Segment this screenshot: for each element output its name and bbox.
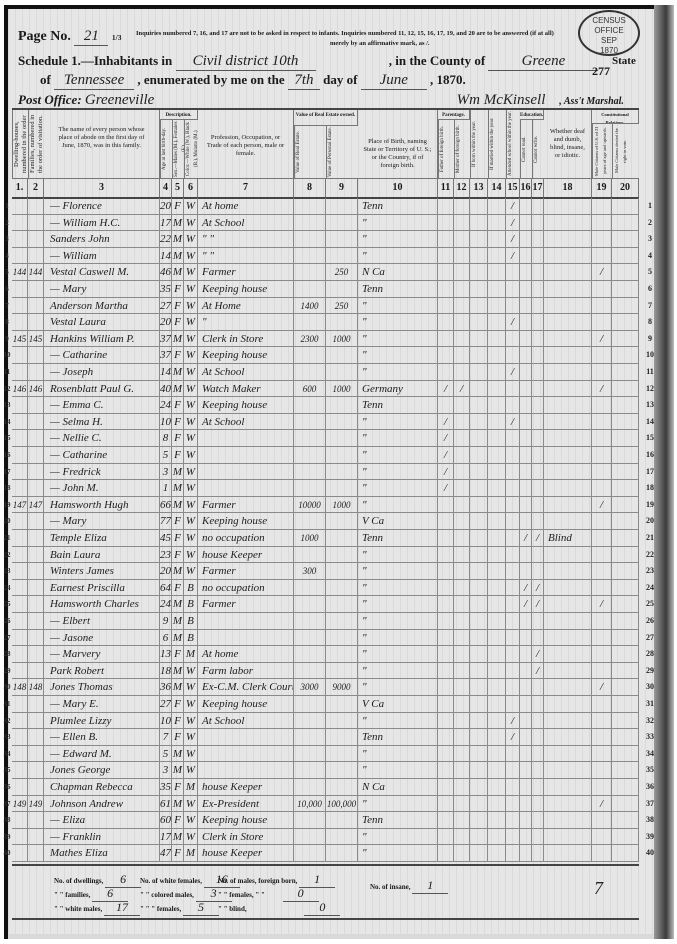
cell-c20	[612, 713, 639, 729]
cell-c12	[454, 215, 470, 231]
cell-c12	[454, 530, 470, 546]
table-row: 19147147Hamsworth Hugh66MWFarmer10000100…	[12, 497, 639, 514]
cell-birth: "	[358, 215, 438, 231]
cell-real: 300	[294, 563, 326, 579]
cell-c19: /	[592, 497, 612, 513]
cell-real	[294, 464, 326, 480]
line-number-left: 13	[2, 397, 12, 413]
cell-dw: 146	[12, 381, 28, 397]
cell-c16	[520, 364, 532, 380]
cell-color: W	[184, 331, 198, 347]
cell-c17	[532, 464, 544, 480]
cell-name: — William H.C.	[44, 215, 160, 231]
cell-c11: /	[438, 414, 454, 430]
cell-real: 600	[294, 381, 326, 397]
cell-c19	[592, 713, 612, 729]
cell-age: 77	[160, 513, 172, 529]
cell-occ: At School	[198, 414, 294, 430]
line-number-right: 9	[642, 331, 658, 347]
cell-c15	[506, 331, 520, 347]
cell-c11	[438, 779, 454, 795]
cell-c13	[470, 497, 488, 513]
col-header-6: Color.—White (W.), Black (B.), Mulatto (…	[184, 120, 198, 178]
cell-birth: "	[358, 580, 438, 596]
county-label: , in the County of	[389, 53, 485, 68]
cell-c13	[470, 580, 488, 596]
cell-occ: Keeping house	[198, 696, 294, 712]
cell-fam	[28, 630, 44, 646]
cell-real	[294, 580, 326, 596]
cell-c16	[520, 779, 532, 795]
cell-c15	[506, 264, 520, 280]
cell-name: Johnson Andrew	[44, 796, 160, 812]
cell-dw	[12, 364, 28, 380]
page-label: Page No.	[18, 29, 71, 44]
cell-c13	[470, 331, 488, 347]
table-row: 23Winters James20MWFarmer300"23	[12, 563, 639, 580]
cell-real	[294, 746, 326, 762]
cell-c19	[592, 646, 612, 662]
line-number-left: 5	[2, 264, 12, 280]
cell-age: 1	[160, 480, 172, 496]
cell-c13	[470, 381, 488, 397]
cell-c12	[454, 414, 470, 430]
cell-sex: M	[172, 264, 184, 280]
cell-color: W	[184, 381, 198, 397]
cell-pers	[326, 530, 358, 546]
cell-dw	[12, 480, 28, 496]
cell-c19: /	[592, 796, 612, 812]
cell-c12	[454, 497, 470, 513]
line-number-left: 14	[2, 414, 12, 430]
cell-color: W	[184, 729, 198, 745]
cell-sex: M	[172, 231, 184, 247]
cell-real	[294, 480, 326, 496]
line-number-right: 10	[642, 347, 658, 363]
cell-name: Hamsworth Charles	[44, 596, 160, 612]
cell-c12	[454, 314, 470, 330]
cell-c20	[612, 497, 639, 513]
cell-c16	[520, 729, 532, 745]
line-number-right: 38	[642, 812, 658, 828]
cell-c15	[506, 447, 520, 463]
table-row: 28— Marvery13FMAt home"/28	[12, 646, 639, 663]
cell-age: 37	[160, 331, 172, 347]
cell-pers	[326, 580, 358, 596]
cell-c13	[470, 630, 488, 646]
cell-c14	[488, 513, 506, 529]
cell-c19	[592, 198, 612, 214]
cell-color: W	[184, 364, 198, 380]
cell-pers: 1000	[326, 497, 358, 513]
cell-c19	[592, 397, 612, 413]
cell-birth: "	[358, 829, 438, 845]
cell-color: M	[184, 845, 198, 861]
marshal-label: , Ass't Marshal.	[559, 96, 624, 107]
cell-c15: /	[506, 314, 520, 330]
line-number-right: 34	[642, 746, 658, 762]
cell-birth: "	[358, 314, 438, 330]
cell-name: — William	[44, 248, 160, 264]
cell-c17	[532, 513, 544, 529]
cell-c19	[592, 298, 612, 314]
cell-occ: At School	[198, 215, 294, 231]
cell-c17	[532, 314, 544, 330]
table-row: 38— Eliza60FWKeeping houseTenn38	[12, 812, 639, 829]
line-number-right: 15	[642, 430, 658, 446]
cell-name: — Catharine	[44, 347, 160, 363]
line-number-left: 36	[2, 779, 12, 795]
cell-c11	[438, 248, 454, 264]
group-header-education: Education.	[520, 110, 544, 120]
cell-c14	[488, 480, 506, 496]
cell-color: W	[184, 480, 198, 496]
line-number-right: 1	[642, 198, 658, 214]
cell-c19	[592, 580, 612, 596]
cell-pers	[326, 613, 358, 629]
table-row: 13— Emma C.24FWKeeping houseTenn13	[12, 397, 639, 414]
column-number-row: 1. 2 3 4 5 6 7 8 9 10 11 12 13 14 15 16 …	[12, 178, 639, 199]
line-number-left: 23	[2, 563, 12, 579]
cell-c11	[438, 331, 454, 347]
cell-c14	[488, 563, 506, 579]
cell-c16: /	[520, 580, 532, 596]
cell-fam	[28, 314, 44, 330]
cell-c15	[506, 497, 520, 513]
cell-real	[294, 414, 326, 430]
cell-c13	[470, 248, 488, 264]
cell-fam	[28, 762, 44, 778]
cell-birth: Tenn	[358, 281, 438, 297]
cell-color: W	[184, 447, 198, 463]
cell-age: 27	[160, 696, 172, 712]
cell-c11	[438, 679, 454, 695]
cell-c17	[532, 231, 544, 247]
cell-c16	[520, 414, 532, 430]
cell-c18	[544, 248, 592, 264]
cell-name: Mathes Eliza	[44, 845, 160, 861]
cell-age: 3	[160, 464, 172, 480]
col-header-4: Age at last birth-day.	[160, 120, 172, 178]
cell-c15: /	[506, 729, 520, 745]
page-number: 21	[74, 28, 108, 46]
cell-birth: "	[358, 430, 438, 446]
line-number-left: 34	[2, 746, 12, 762]
cell-c18	[544, 646, 592, 662]
line-number-right: 7	[642, 298, 658, 314]
cell-c20	[612, 347, 639, 363]
schedule-line: Schedule 1.—Inhabitants in Civil distric…	[18, 53, 598, 71]
cell-c20	[612, 563, 639, 579]
cell-c11	[438, 580, 454, 596]
line-number-left: 15	[2, 430, 12, 446]
cell-c12	[454, 281, 470, 297]
cell-c16	[520, 347, 532, 363]
cell-occ	[198, 613, 294, 629]
cell-real	[294, 215, 326, 231]
cell-pers	[326, 414, 358, 430]
cell-pers	[326, 845, 358, 861]
cell-c11	[438, 630, 454, 646]
cell-c17	[532, 547, 544, 563]
cell-c16	[520, 829, 532, 845]
table-row: 31— Mary E.27FWKeeping houseV Ca31	[12, 696, 639, 713]
cell-name: — Florence	[44, 198, 160, 214]
cell-c13	[470, 713, 488, 729]
cell-c16	[520, 646, 532, 662]
cell-dw	[12, 812, 28, 828]
cell-sex: F	[172, 513, 184, 529]
cell-c11	[438, 264, 454, 280]
line-number-left: 16	[2, 447, 12, 463]
cell-sex: M	[172, 613, 184, 629]
post-office-label: Post Office:	[18, 92, 82, 107]
cell-c20	[612, 447, 639, 463]
cell-real	[294, 347, 326, 363]
cell-occ: Keeping house	[198, 812, 294, 828]
state-field: Tennessee	[54, 72, 134, 90]
cell-c17	[532, 198, 544, 214]
cell-c19	[592, 829, 612, 845]
cell-color: W	[184, 215, 198, 231]
cell-c14	[488, 679, 506, 695]
cell-pers	[326, 215, 358, 231]
cell-c17	[532, 414, 544, 430]
cell-c12	[454, 845, 470, 861]
cell-age: 10	[160, 713, 172, 729]
cell-c16	[520, 381, 532, 397]
cell-pers	[326, 596, 358, 612]
table-row: 7Anderson Martha27FWAt Home1400250"7	[12, 298, 639, 315]
cell-color: W	[184, 663, 198, 679]
cell-c11	[438, 713, 454, 729]
cell-c20	[612, 829, 639, 845]
group-header-value: Value of Real Estate owned.	[294, 110, 358, 126]
cell-pers	[326, 464, 358, 480]
cell-real	[294, 547, 326, 563]
year-label: , 1870.	[430, 72, 466, 87]
cell-c14	[488, 231, 506, 247]
cell-birth: "	[358, 762, 438, 778]
cell-sex: F	[172, 646, 184, 662]
cell-c20	[612, 414, 639, 430]
cell-c15	[506, 812, 520, 828]
cell-c12	[454, 447, 470, 463]
cell-dw: 145	[12, 331, 28, 347]
cell-age: 10	[160, 414, 172, 430]
cell-c18	[544, 497, 592, 513]
line-number-left: 32	[2, 713, 12, 729]
cell-color: W	[184, 696, 198, 712]
line-number-left: 35	[2, 762, 12, 778]
table-row: 20— Mary77FWKeeping houseV Ca20	[12, 513, 639, 530]
cell-sex: M	[172, 381, 184, 397]
cell-c19	[592, 746, 612, 762]
cell-occ	[198, 762, 294, 778]
cell-age: 22	[160, 231, 172, 247]
cell-c17	[532, 563, 544, 579]
cell-c17: /	[532, 596, 544, 612]
cell-c17	[532, 796, 544, 812]
cell-c15	[506, 397, 520, 413]
cell-c12	[454, 696, 470, 712]
col-header-16: Cannot read.	[520, 120, 532, 178]
cell-c12	[454, 347, 470, 363]
cell-c12	[454, 264, 470, 280]
line-number-right: 28	[642, 646, 658, 662]
cell-c14	[488, 331, 506, 347]
cell-c14	[488, 264, 506, 280]
col-header-13: If born within the year.	[470, 110, 488, 178]
cell-pers: 100,000	[326, 796, 358, 812]
group-header-parentage: Parentage.	[438, 110, 470, 120]
cell-c19	[592, 762, 612, 778]
cell-pers	[326, 397, 358, 413]
cell-color: W	[184, 713, 198, 729]
table-row: 14— Selma H.10FWAt School"//14	[12, 414, 639, 431]
cell-c17	[532, 397, 544, 413]
table-row: 25Hamsworth Charles24MBFarmer"///25	[12, 596, 639, 613]
cell-c16	[520, 679, 532, 695]
table-row: 40Mathes Eliza47FMhouse Keeper"40	[12, 845, 639, 862]
cell-occ	[198, 464, 294, 480]
cell-fam: 145	[28, 331, 44, 347]
cell-c20	[612, 331, 639, 347]
cell-c20	[612, 547, 639, 563]
cell-c18	[544, 447, 592, 463]
cell-dw	[12, 779, 28, 795]
cell-name: — Joseph	[44, 364, 160, 380]
cell-sex: M	[172, 630, 184, 646]
cell-occ: " "	[198, 248, 294, 264]
cell-c15	[506, 381, 520, 397]
cell-real: 10000	[294, 497, 326, 513]
cell-c20	[612, 812, 639, 828]
line-number-left: 38	[2, 812, 12, 828]
cell-c12	[454, 713, 470, 729]
cell-c17	[532, 364, 544, 380]
cell-dw	[12, 713, 28, 729]
cell-pers: 250	[326, 298, 358, 314]
line-number-right: 6	[642, 281, 658, 297]
cell-birth: Tenn	[358, 812, 438, 828]
line-number-right: 37	[642, 796, 658, 812]
cell-c18	[544, 547, 592, 563]
cell-sex: F	[172, 397, 184, 413]
cell-fam	[28, 464, 44, 480]
cell-fam	[28, 547, 44, 563]
cell-color: W	[184, 547, 198, 563]
cell-c19	[592, 812, 612, 828]
cell-c15	[506, 347, 520, 363]
cell-age: 47	[160, 845, 172, 861]
cell-c14	[488, 663, 506, 679]
cell-fam: 149	[28, 796, 44, 812]
cell-c11	[438, 663, 454, 679]
col-header-7: Profession, Occupation, or Trade of each…	[198, 110, 294, 178]
cell-c20	[612, 696, 639, 712]
line-number-left: 21	[2, 530, 12, 546]
cell-occ	[198, 447, 294, 463]
cell-dw	[12, 596, 28, 612]
table-row: 5144144Vestal Caswell M.46MWFarmer250N C…	[12, 264, 639, 281]
cell-real	[294, 613, 326, 629]
cell-c18	[544, 215, 592, 231]
cell-c13	[470, 231, 488, 247]
cell-color: B	[184, 630, 198, 646]
cell-age: 35	[160, 779, 172, 795]
cell-color: B	[184, 596, 198, 612]
cell-real	[294, 713, 326, 729]
cell-c17	[532, 812, 544, 828]
cell-c13	[470, 696, 488, 712]
cell-occ	[198, 746, 294, 762]
cell-sex: F	[172, 845, 184, 861]
enumeration-line: of Tennessee , enumerated by me on the 7…	[40, 72, 466, 90]
cell-dw	[12, 298, 28, 314]
cell-c17	[532, 729, 544, 745]
cell-occ: Keeping house	[198, 347, 294, 363]
cell-c20	[612, 314, 639, 330]
census-office-stamp: CENSUS OFFICE SEP 1870	[578, 10, 640, 56]
cell-c16	[520, 796, 532, 812]
cell-c14	[488, 746, 506, 762]
cell-c12	[454, 580, 470, 596]
cell-sex: F	[172, 347, 184, 363]
cell-c14	[488, 596, 506, 612]
col-header-11: Father of foreign birth.	[438, 120, 454, 178]
table-row: 8Vestal Laura20FW""/8	[12, 314, 639, 331]
cell-fam: 144	[28, 264, 44, 280]
cell-fam	[28, 430, 44, 446]
cell-birth: Tenn	[358, 198, 438, 214]
cell-age: 5	[160, 447, 172, 463]
cell-fam	[28, 298, 44, 314]
table-row: 15— Nellie C.8FW"/15	[12, 430, 639, 447]
cell-c20	[612, 397, 639, 413]
cell-dw: 147	[12, 497, 28, 513]
table-row: 10— Catharine37FWKeeping house"10	[12, 347, 639, 364]
cell-c20	[612, 596, 639, 612]
cell-c14	[488, 198, 506, 214]
table-row: 6— Mary35FWKeeping houseTenn6	[12, 281, 639, 298]
line-number-right: 17	[642, 464, 658, 480]
instructions-line-1: Inquiries numbered 7, 16, and 17 are not…	[136, 30, 554, 37]
cell-birth: "	[358, 746, 438, 762]
cell-dw	[12, 464, 28, 480]
cell-dw	[12, 231, 28, 247]
cell-real	[294, 779, 326, 795]
cell-c14	[488, 215, 506, 231]
cell-c20	[612, 679, 639, 695]
cell-fam	[28, 563, 44, 579]
cell-c18	[544, 397, 592, 413]
cell-real	[294, 845, 326, 861]
cell-pers	[326, 663, 358, 679]
cell-c11	[438, 530, 454, 546]
total-white-males: " " white males, 17	[54, 900, 140, 916]
cell-c16	[520, 713, 532, 729]
cell-name: — Mary	[44, 513, 160, 529]
cell-c16: /	[520, 596, 532, 612]
cell-real	[294, 812, 326, 828]
state-label: State	[612, 55, 636, 67]
cell-name: — Elbert	[44, 613, 160, 629]
cell-c15	[506, 845, 520, 861]
cell-c15	[506, 746, 520, 762]
cell-c18	[544, 464, 592, 480]
cell-name: Park Robert	[44, 663, 160, 679]
